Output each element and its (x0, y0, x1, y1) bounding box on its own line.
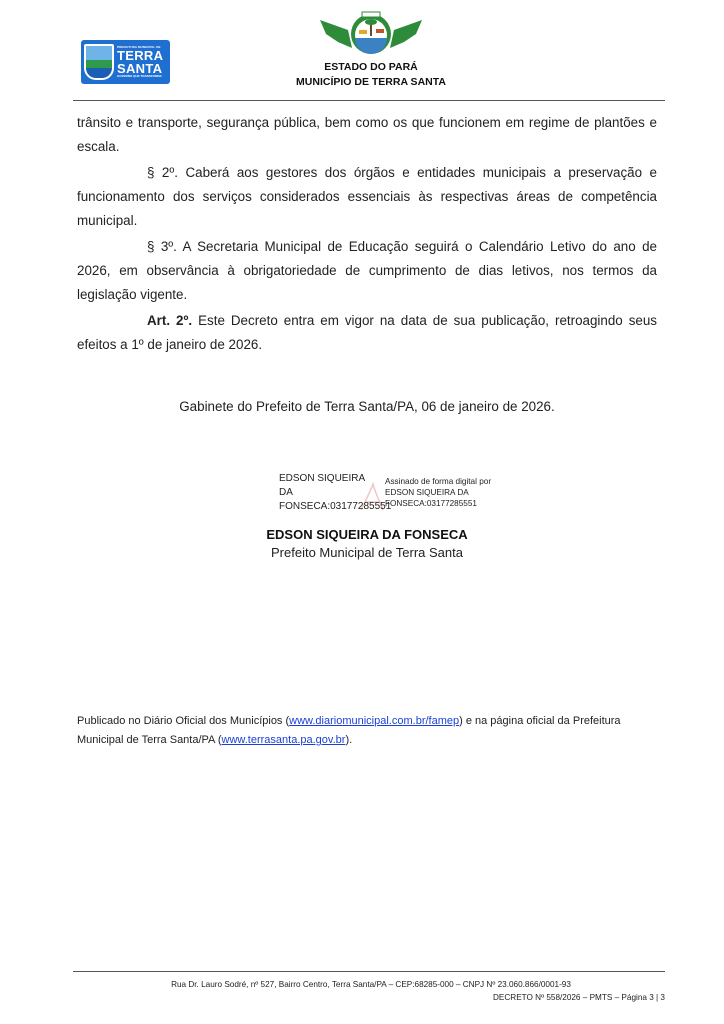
article-label: Art. 2º. (147, 313, 192, 328)
paragraph-continuation: trânsito e transporte, segurança pública… (77, 111, 657, 159)
footer-address: Rua Dr. Lauro Sodré, nº 527, Bairro Cent… (77, 980, 665, 989)
digital-signature-stamp: EDSON SIQUEIRA DA FONSECA:03177285551 As… (279, 472, 499, 516)
coat-of-arms-icon (318, 8, 424, 56)
diario-municipal-link[interactable]: www.diariomunicipal.com.br/famep (289, 715, 459, 727)
state-line: ESTADO DO PARÁ (240, 60, 502, 75)
municipality-line: MUNICÍPIO DE TERRA SANTA (240, 75, 502, 90)
digital-signature-note: Assinado de forma digital por EDSON SIQU… (385, 476, 505, 509)
terrasanta-site-link[interactable]: www.terrasanta.pa.gov.br (222, 734, 346, 746)
paragraph-article-2: Art. 2º. Este Decreto entra em vigor na … (77, 309, 657, 357)
signer-id: EDSON SIQUEIRA DA FONSECA:03177285551 (279, 472, 379, 514)
footer-divider (73, 971, 665, 972)
prefeitura-logo: PREFEITURA MUNICIPAL DE TERRA SANTA GOVE… (81, 40, 170, 84)
logo-tagline: GOVERNO QUE TRANSFORMA (117, 75, 163, 78)
paragraph-section-2: § 2º. Caberá aos gestores dos órgãos e e… (77, 161, 657, 233)
place-and-date: Gabinete do Prefeito de Terra Santa/PA, … (77, 399, 657, 414)
signer-name: EDSON SIQUEIRA DA FONSECA (77, 527, 657, 542)
paragraph-section-3: § 3º. A Secretaria Municipal de Educação… (77, 235, 657, 307)
footer-page-reference: DECRETO Nº 558/2026 – PMTS – Página 3 | … (493, 993, 665, 1002)
landscape-emblem-icon (84, 44, 114, 80)
signer-role: Prefeito Municipal de Terra Santa (77, 545, 657, 560)
logo-wordmark: PREFEITURA MUNICIPAL DE TERRA SANTA GOVE… (117, 46, 163, 78)
publication-note: Publicado no Diário Oficial dos Municípi… (77, 712, 667, 750)
header-divider (73, 100, 665, 101)
document-header: ESTADO DO PARÁ MUNICÍPIO DE TERRA SANTA (240, 60, 502, 90)
